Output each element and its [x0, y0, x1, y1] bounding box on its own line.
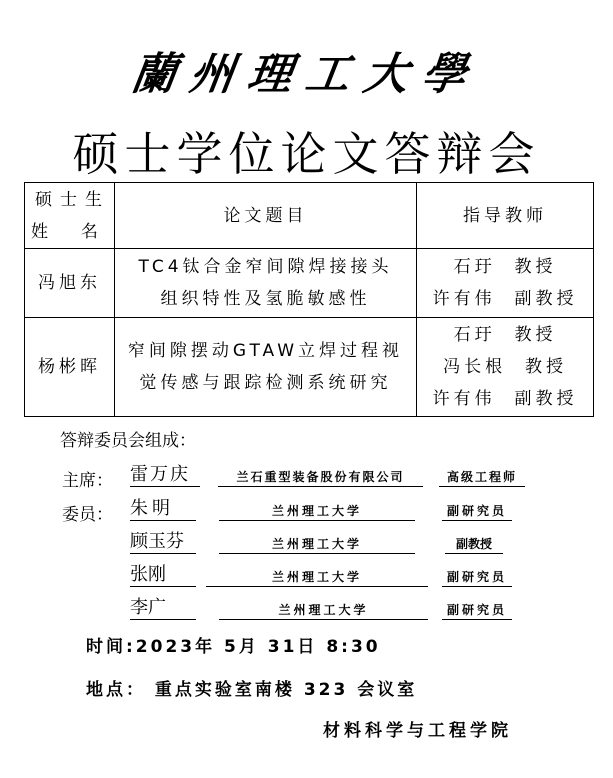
- thesis-topic: 窄间隙摆动GTAW立焊过程视 觉传感与跟踪检测系统研究: [114, 318, 416, 417]
- page-title: 硕士学位论文答辩会: [0, 118, 613, 184]
- chair-label: 主席：: [62, 466, 113, 491]
- chair-name: 雷万庆: [130, 464, 200, 487]
- member-name: 李广: [130, 597, 196, 620]
- committee-member-row: 顾玉芬 兰州理工大学 副教授: [62, 533, 582, 557]
- header-advisor: 指导教师: [417, 183, 594, 249]
- header-student-line2-a: 姓: [31, 216, 56, 248]
- member-org: 兰州理工大学: [219, 601, 428, 620]
- thesis-topic: TC4钛合金窄间隙焊接接头 组织特性及氢脆敏感性: [114, 249, 416, 318]
- member-org: 兰州理工大学: [206, 568, 428, 587]
- advisor: 许有伟 副教授: [417, 383, 593, 415]
- advisor: 许有伟 副教授: [417, 283, 593, 315]
- chair-org: 兰石重型装备股份有限公司: [218, 468, 423, 487]
- advisors: 石玗 教授 冯长根 教授 许有伟 副教授: [417, 318, 594, 417]
- header-student-line2-b: 名: [81, 216, 106, 248]
- member-title: 副研究员: [442, 568, 512, 587]
- thesis-topic-line: 组织特性及氢脆敏感性: [115, 283, 416, 315]
- table-header-row: 硕士生 姓 名 论文题目 指导教师: [25, 183, 594, 249]
- table-row: 杨彬晖 窄间隙摆动GTAW立焊过程视 觉传感与跟踪检测系统研究 石玗 教授 冯长…: [25, 318, 594, 417]
- committee-member-row: 张刚 兰州理工大学 副研究员: [62, 566, 582, 590]
- committee-label: 答辩委员会组成：: [60, 426, 196, 451]
- header-topic: 论文题目: [114, 183, 416, 249]
- defense-time: 时间:2023年 5月 31日 8:30: [86, 632, 381, 657]
- committee-member-row: 李广 兰州理工大学 副研究员: [62, 599, 582, 623]
- advisors: 石玗 教授 许有伟 副教授: [417, 249, 594, 318]
- header-student: 硕士生 姓 名: [25, 183, 115, 249]
- advisor: 石玗 教授: [417, 319, 593, 351]
- chair-title: 高级工程师: [439, 468, 525, 487]
- member-title: 副研究员: [442, 502, 512, 521]
- member-name: 张刚: [130, 564, 196, 587]
- member-org: 兰州理工大学: [219, 535, 415, 554]
- committee-chair-row: 主席： 雷万庆 兰石重型装备股份有限公司 高级工程师: [62, 466, 582, 490]
- school-name: 材料科学与工程学院: [323, 716, 512, 741]
- member-title: 副教授: [445, 535, 503, 554]
- table-row: 冯旭东 TC4钛合金窄间隙焊接接头 组织特性及氢脆敏感性 石玗 教授 许有伟 副…: [25, 249, 594, 318]
- member-name: 朱明: [130, 498, 196, 521]
- member-label: 委员：: [62, 500, 113, 525]
- thesis-topic-line: TC4钛合金窄间隙焊接接头: [115, 251, 416, 283]
- thesis-topic-line: 窄间隙摆动GTAW立焊过程视: [115, 335, 416, 367]
- member-title: 副研究员: [442, 601, 512, 620]
- committee-member-row: 委员： 朱明 兰州理工大学 副研究员: [62, 500, 582, 524]
- member-org: 兰州理工大学: [219, 502, 415, 521]
- advisor: 石玗 教授: [417, 251, 593, 283]
- member-name: 顾玉芬: [130, 531, 196, 554]
- student-name: 杨彬晖: [25, 318, 115, 417]
- thesis-table: 硕士生 姓 名 论文题目 指导教师 冯旭东 TC4钛合金窄间隙焊接接头 组织特性…: [24, 182, 594, 417]
- header-student-line2: 姓 名: [25, 216, 114, 248]
- student-name: 冯旭东: [25, 249, 115, 318]
- thesis-topic-line: 觉传感与跟踪检测系统研究: [115, 367, 416, 399]
- defense-location: 地点： 重点实验室南楼 323 会议室: [86, 675, 417, 700]
- university-calligraphy-logo: 蘭州理工大學: [0, 38, 613, 102]
- header-student-line1: 硕士生: [25, 184, 114, 216]
- advisor: 冯长根 教授: [417, 351, 593, 383]
